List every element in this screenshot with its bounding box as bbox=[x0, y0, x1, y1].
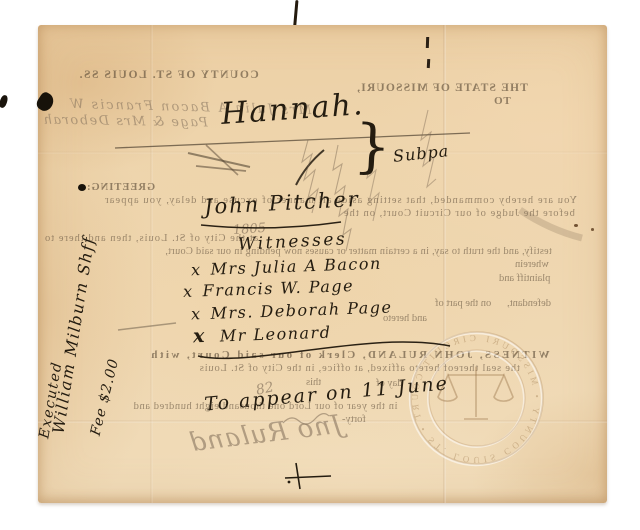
witness-name: Mr Leonard bbox=[220, 323, 332, 346]
fold-ink-tick-1 bbox=[426, 37, 429, 48]
scanned-document-page: COUNTY OF ST. LOUIS SS. THE STATE OF MIS… bbox=[0, 0, 640, 530]
pitcher-underline bbox=[201, 222, 341, 228]
witness-x-mark: x bbox=[191, 306, 202, 322]
pencil-smudge-right bbox=[520, 210, 582, 238]
pencil-crossout-2 bbox=[196, 166, 246, 171]
ink-dot bbox=[78, 184, 86, 191]
pencil-forty-swirl bbox=[283, 414, 329, 424]
fold-ink-tick-2 bbox=[427, 59, 430, 68]
brace-flourish: } bbox=[353, 116, 393, 176]
witness-x-mark: x bbox=[193, 327, 206, 346]
bottom-cross-mark bbox=[285, 463, 331, 489]
aged-paper-sheet: COUNTY OF ST. LOUIS SS. THE STATE OF MIS… bbox=[38, 25, 607, 503]
brown-speck-2 bbox=[591, 228, 594, 231]
pencil-fee-stroke bbox=[118, 323, 176, 330]
pencil-crossout-3 bbox=[206, 145, 238, 175]
brown-speck-1 bbox=[574, 224, 578, 227]
witness-x-mark: x bbox=[183, 284, 194, 300]
witness-x-mark: x bbox=[191, 262, 202, 278]
pencil-crossout-1 bbox=[188, 153, 250, 167]
edge-ink-speck bbox=[0, 94, 9, 109]
